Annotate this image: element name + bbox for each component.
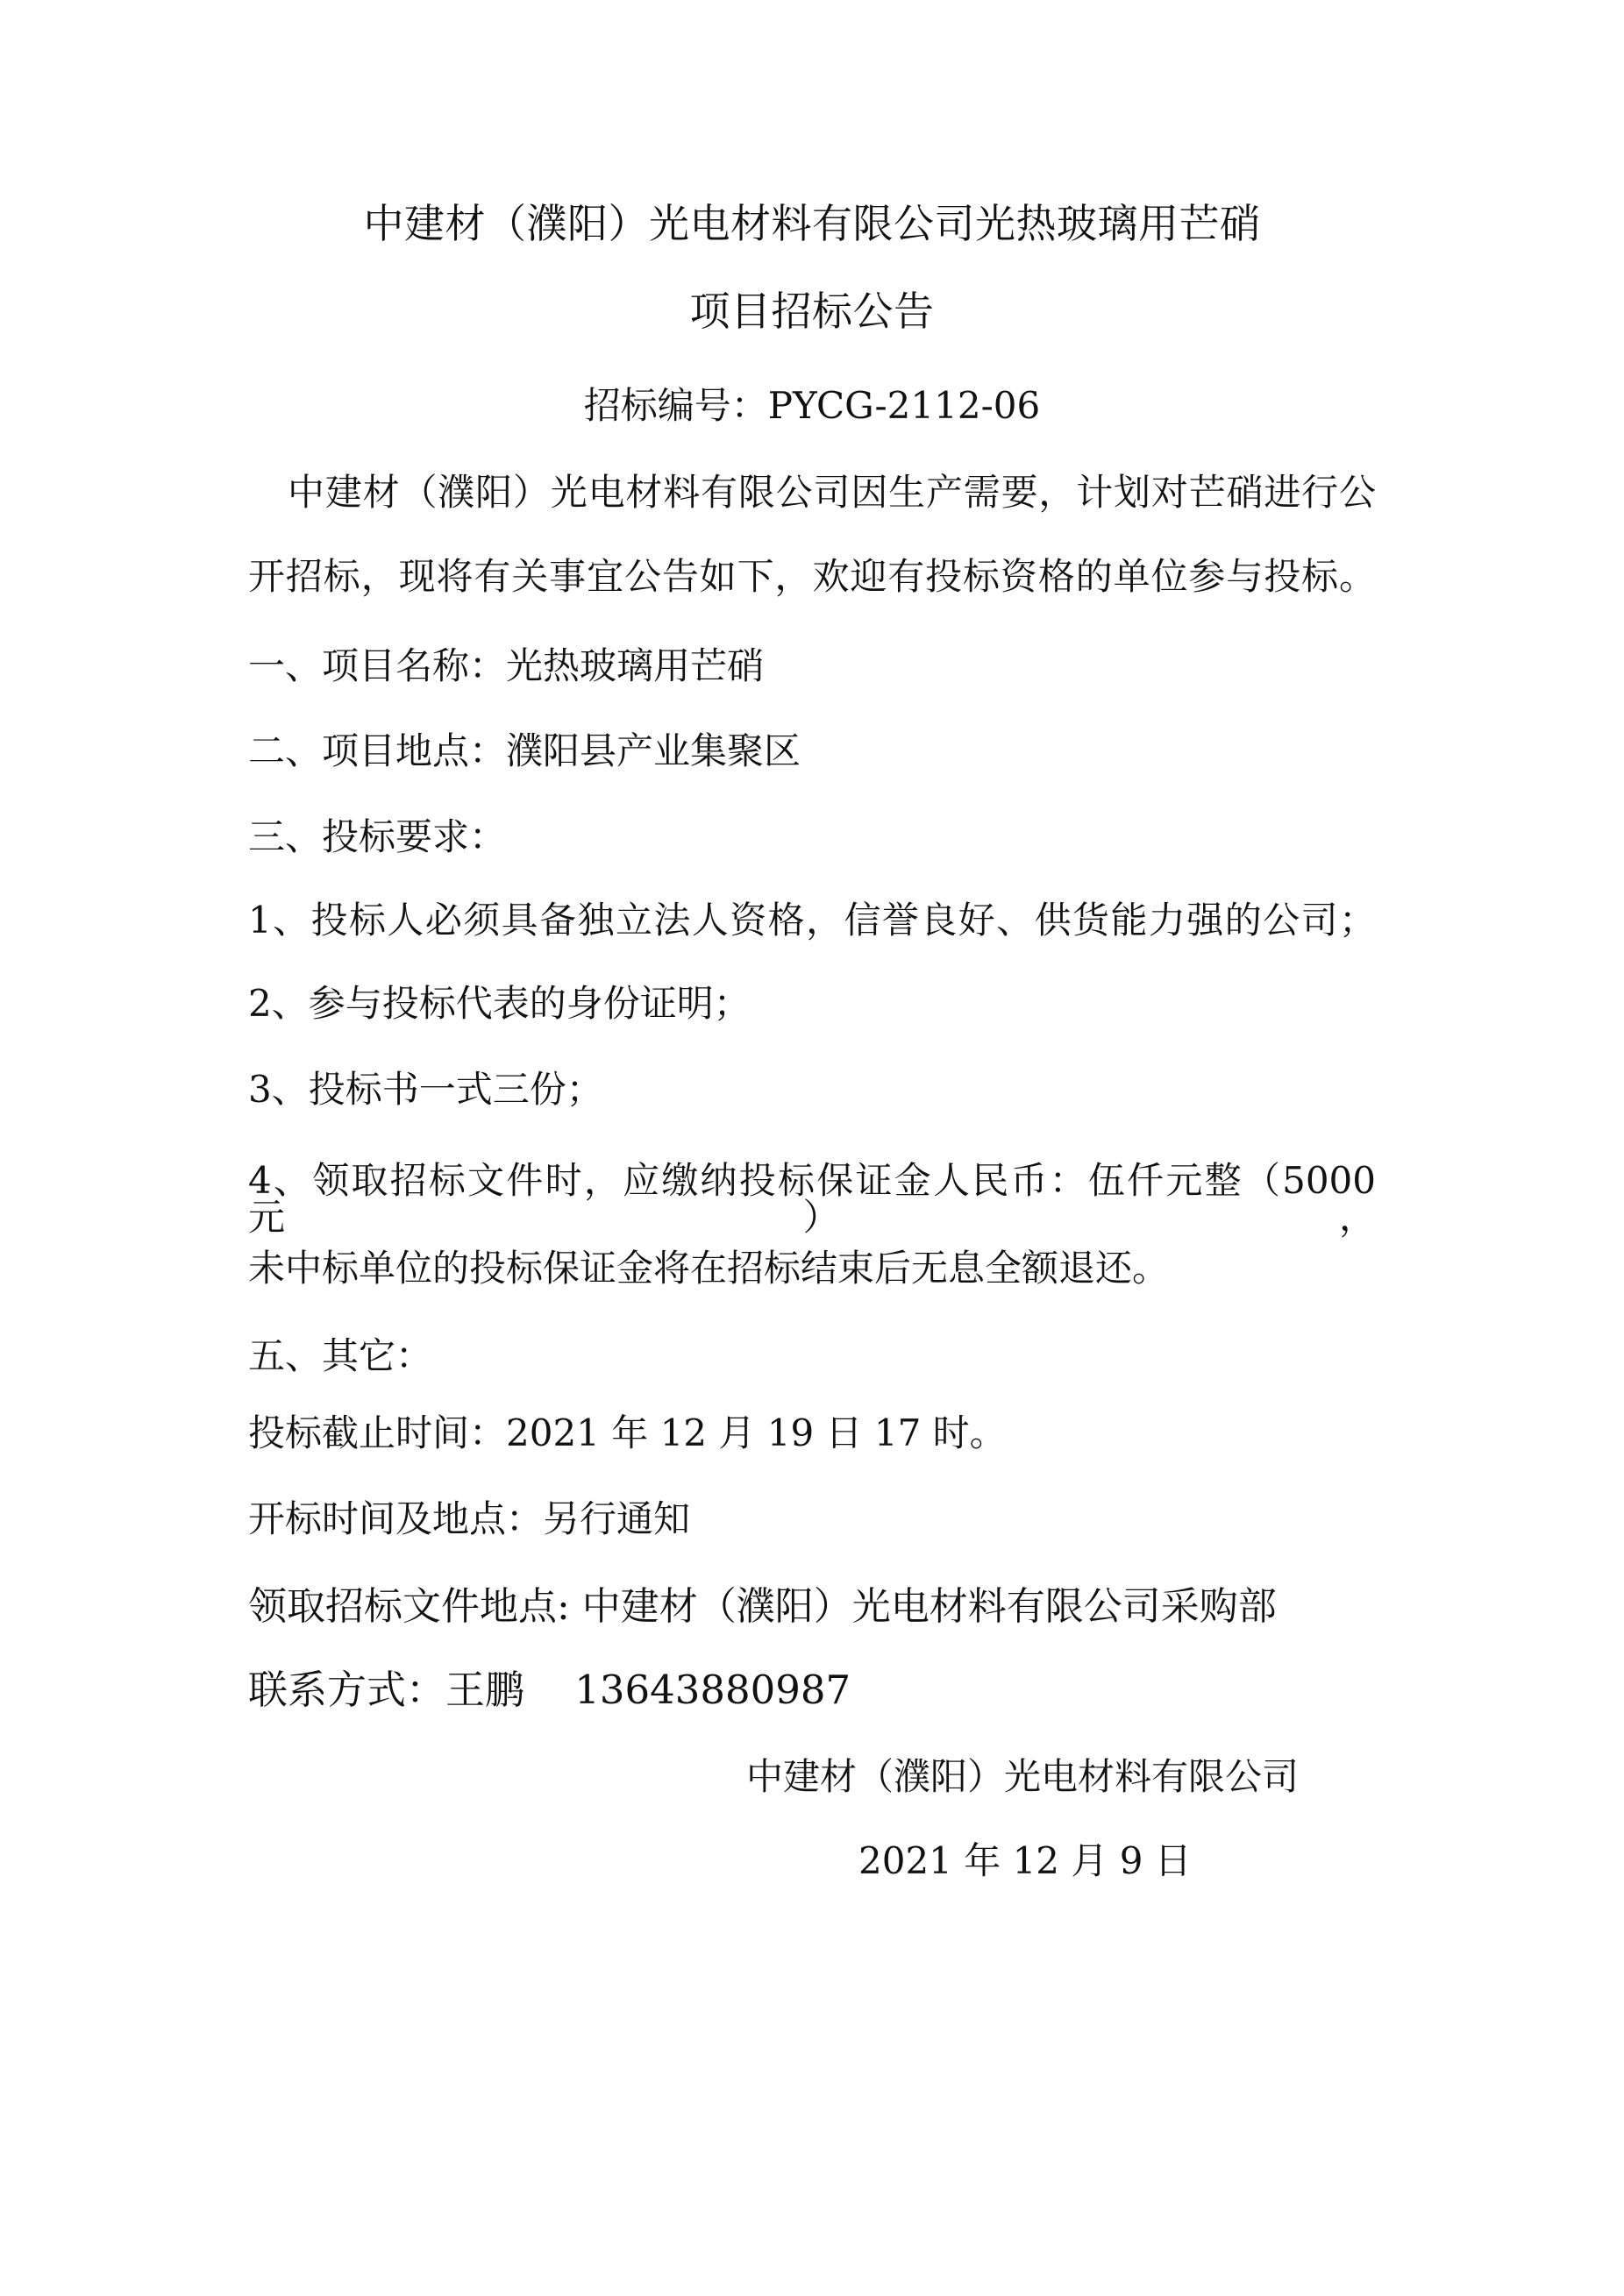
requirement-item-2: 2、参与投标代表的身份证明；	[248, 985, 751, 1022]
document-page: 中建材（濮阳）光电材料有限公司光热玻璃用芒硝 项目招标公告 招标编号：PYCG-…	[0, 0, 1624, 2296]
tender-number: 招标编号：PYCG-2112-06	[0, 387, 1624, 424]
document-pickup-location: 领取招标文件地点: 中建材（濮阳）光电材料有限公司采购部	[248, 1588, 1277, 1626]
section-requirements-heading: 三、投标要求：	[248, 819, 506, 856]
signature-company: 中建材（濮阳）光电材料有限公司	[746, 1759, 1299, 1795]
requirement-item-4-continued: 未中标单位的投标保证金将在招标结束后无息全额退还。	[248, 1250, 1169, 1287]
document-title: 中建材（濮阳）光电材料有限公司光热玻璃用芒硝	[0, 203, 1624, 244]
section-project-name: 一、项目名称：光热玻璃用芒硝	[248, 648, 764, 685]
signature-date: 2021 年 12 月 9 日	[858, 1843, 1192, 1880]
bid-deadline: 投标截止时间：2021 年 12 月 19 日 17 时。	[248, 1415, 1007, 1452]
bid-opening-info: 开标时间及地点：另行通知	[248, 1501, 690, 1538]
section-project-location: 二、项目地点：濮阳县产业集聚区	[248, 733, 801, 770]
document-subtitle: 项目招标公告	[0, 291, 1624, 331]
intro-paragraph-line-1: 中建材（濮阳）光电材料有限公司因生产需要，计划对芒硝进行公	[288, 474, 1376, 511]
requirement-item-3: 3、投标书一式三份；	[248, 1071, 603, 1108]
requirement-item-4: 4、领取招标文件时，应缴纳投标保证金人民币：伍仟元整（5000 元），	[248, 1162, 1376, 1236]
intro-paragraph-line-2: 开招标，现将有关事宜公告如下，欢迎有投标资格的单位参与投标。	[248, 558, 1376, 595]
section-other-heading: 五、其它：	[248, 1338, 432, 1375]
contact-info: 联系方式：王鹏 13643880987	[248, 1670, 851, 1710]
requirement-item-1: 1、投标人必须具备独立法人资格，信誉良好、供货能力强的公司；	[248, 902, 1376, 939]
